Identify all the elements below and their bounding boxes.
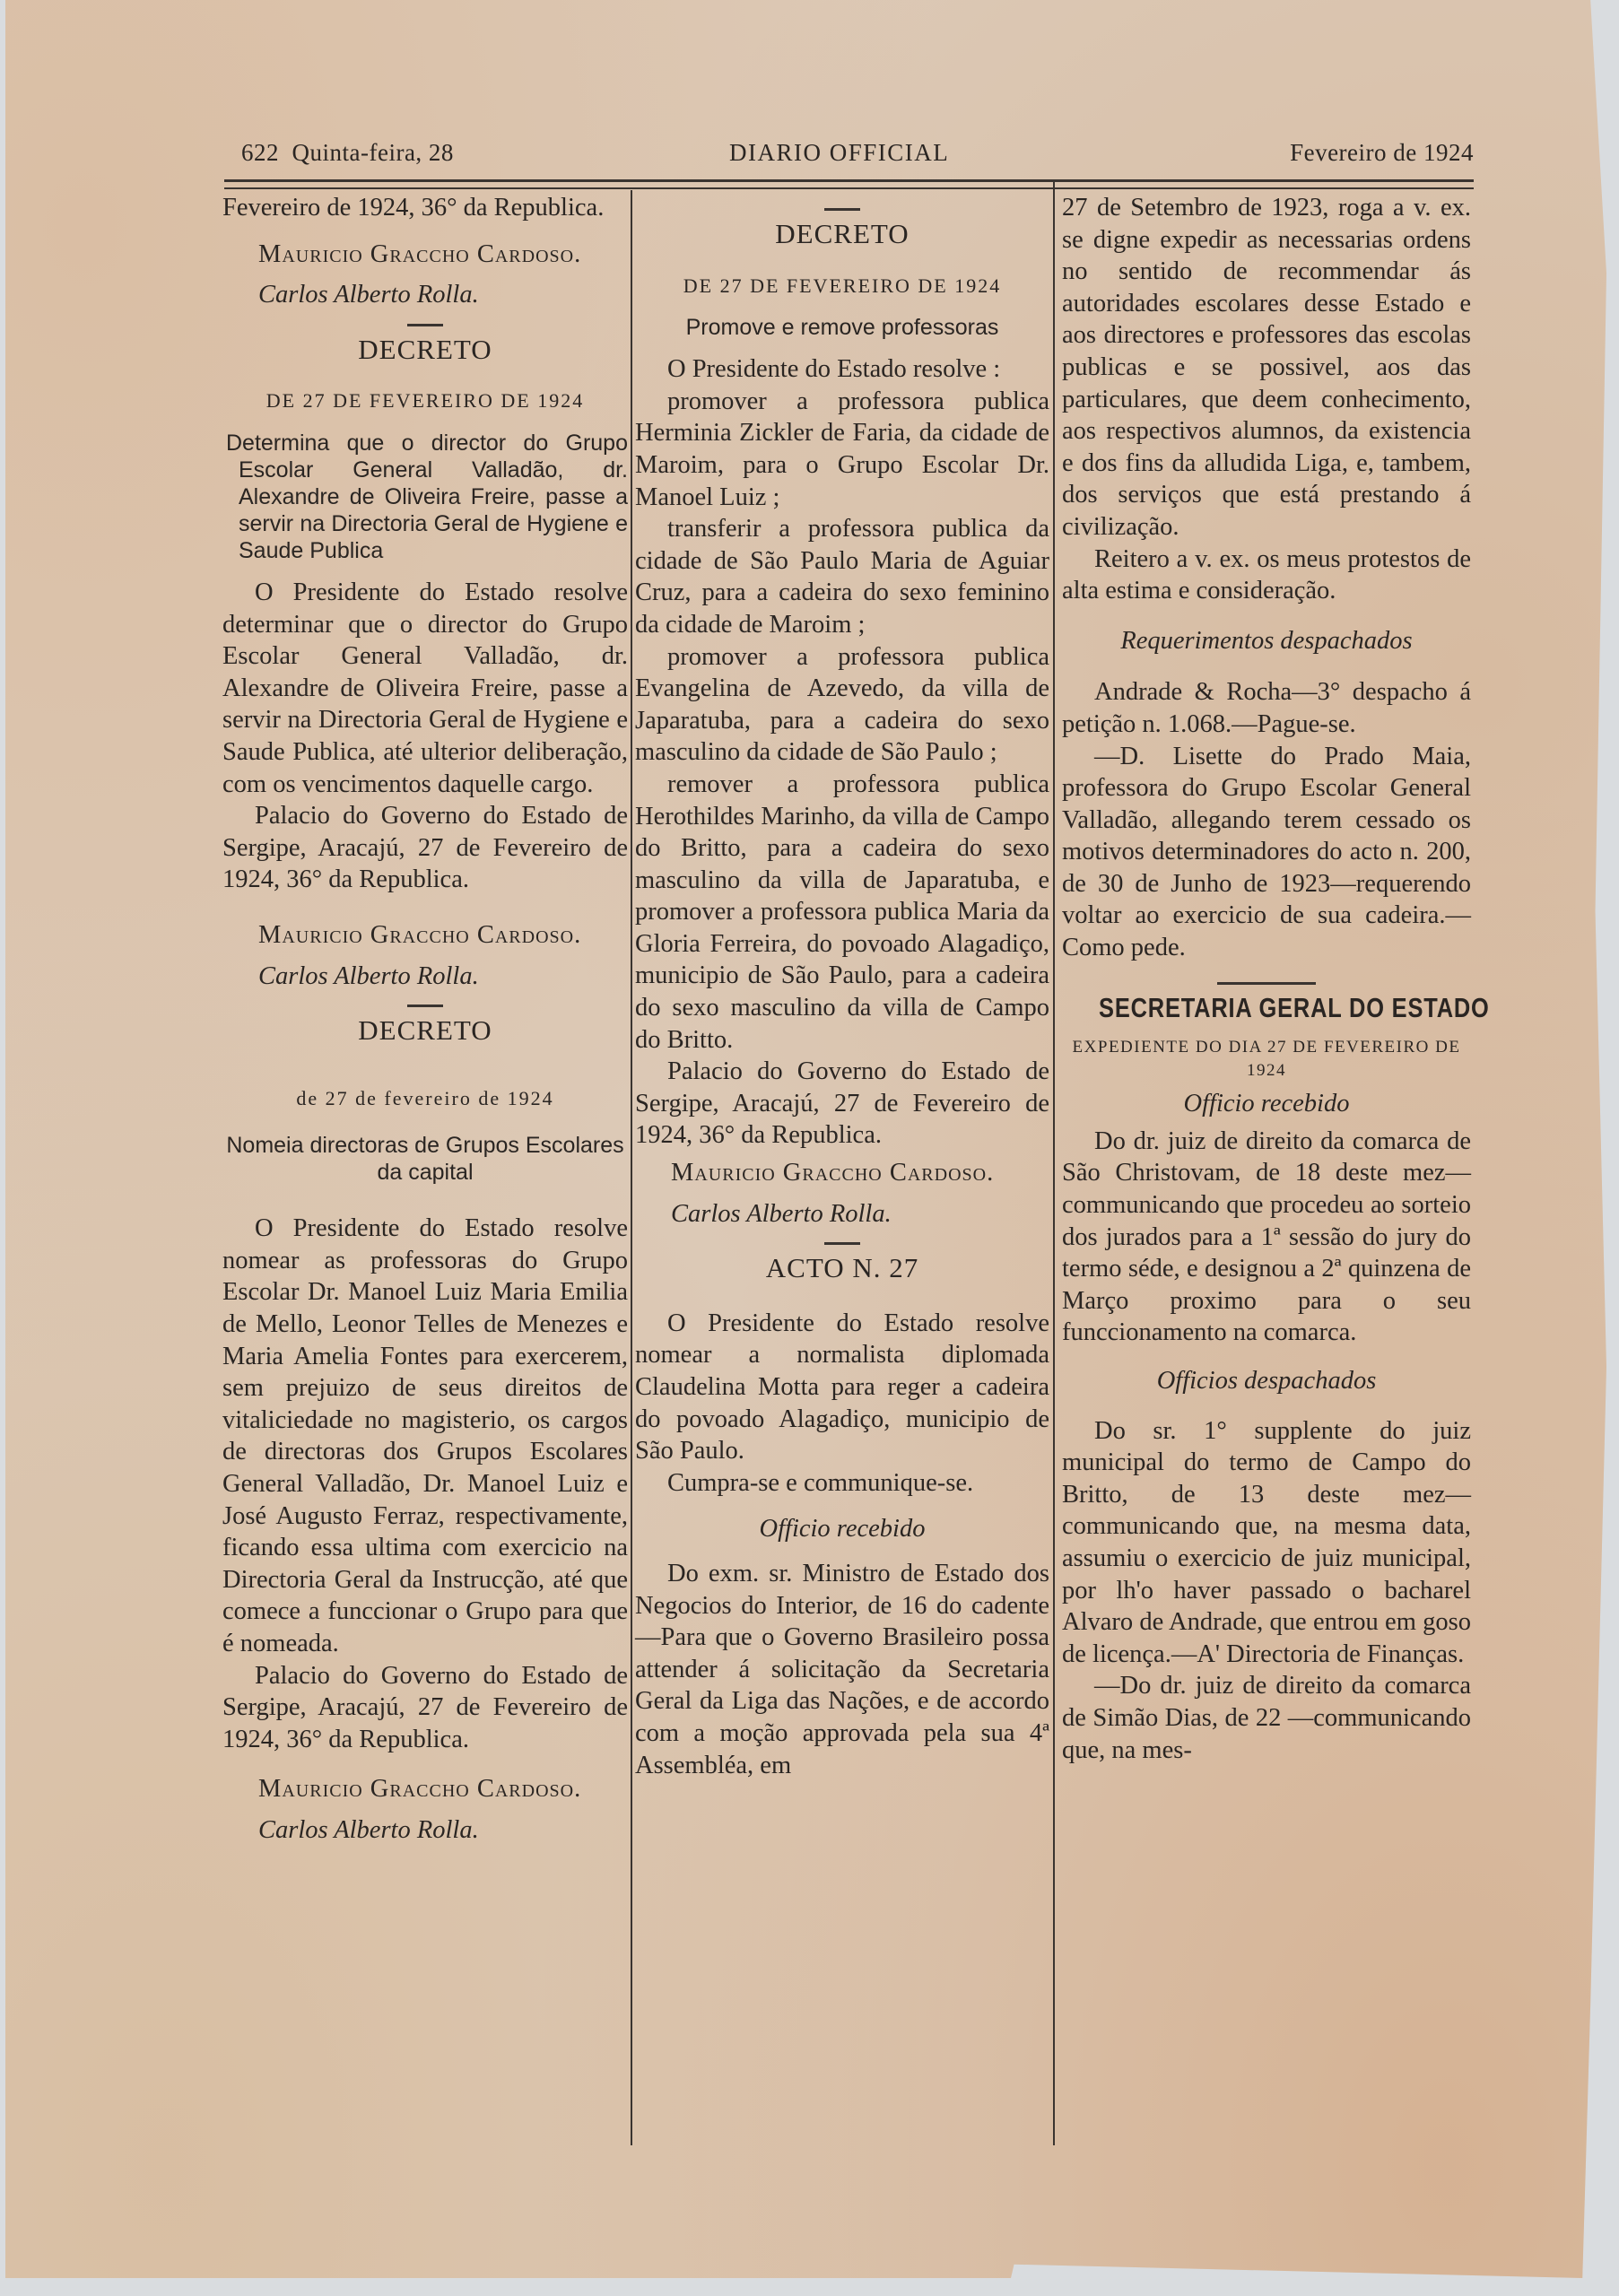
requerimento-item: —D. Lisette do Prado Maia, professora do…	[1062, 741, 1471, 964]
officio-body: Do exm. sr. Ministro de Estado dos Negoc…	[635, 1558, 1049, 1781]
section-separator	[824, 208, 860, 211]
decree-summary: Nomeia directoras de Grupos Escolares da…	[222, 1132, 628, 1186]
officio-heading: Officio recebido	[635, 1513, 1049, 1545]
decree-item: transferir a professora publica da cidad…	[635, 513, 1049, 640]
column-divider-1	[631, 190, 632, 2145]
decree-body: O Presidente do Estado resolve nomear as…	[222, 1213, 628, 1659]
requerimento-item: Andrade & Rocha—3° despacho á petição n.…	[1062, 676, 1471, 740]
page-number: 622	[241, 139, 279, 166]
acto-closing: Cumpra-se e communique-se.	[635, 1467, 1049, 1500]
signature-governor: Mauricio Graccho Cardoso.	[222, 239, 628, 271]
expediente-date: EXPEDIENTE DO DIA 27 DE FEVEREIRO DE 192…	[1062, 1036, 1471, 1083]
decree-title: DECRETO	[222, 334, 628, 366]
officio-despachado-item: —Do dr. juiz de direito da comarca de Si…	[1062, 1670, 1471, 1766]
signature-secretary: Carlos Alberto Rolla.	[222, 279, 628, 311]
page-header: 622 Quinta-feira, 28 DIARIO OFFICIAL Fev…	[227, 139, 1474, 175]
decree-item: promover a professora publica Herminia Z…	[635, 386, 1049, 513]
decree-date: de 27 de fevereiro de 1924	[635, 270, 1049, 302]
section-separator	[407, 1004, 443, 1007]
weekday-date: Quinta-feira, 28	[292, 139, 454, 166]
column-divider-2	[1053, 179, 1055, 2145]
signature-governor: Mauricio Graccho Cardoso.	[222, 1773, 628, 1805]
header-rule	[224, 179, 1474, 189]
requerimentos-heading: Requerimentos despachados	[1062, 625, 1471, 657]
column-3: 27 de Setembro de 1923, roga a v. ex. se…	[1062, 192, 1471, 1766]
signature-secretary: Carlos Alberto Rolla.	[635, 1198, 1049, 1231]
officio-closing: Reitero a v. ex. os meus protestos de al…	[1062, 544, 1471, 607]
newspaper-title: DIARIO OFFICIAL	[729, 139, 949, 167]
decree-summary: Promove e remove professoras	[635, 314, 1049, 341]
officios-despachados-heading: Officios despachados	[1062, 1365, 1471, 1397]
decree-body: O Presidente do Estado resolve determina…	[222, 577, 628, 800]
decree-item: promover a professora publica Evangelina…	[635, 641, 1049, 769]
signature-secretary: Carlos Alberto Rolla.	[222, 961, 628, 993]
decree-place-date: Palacio do Governo do Estado de Sergipe,…	[222, 800, 628, 896]
signature-governor: Mauricio Graccho Cardoso.	[222, 919, 628, 952]
column-2: DECRETO de 27 de fevereiro de 1924 Promo…	[635, 192, 1049, 1781]
decree-intro: O Presidente do Estado resolve :	[635, 353, 1049, 386]
header-month-year: Fevereiro de 1924	[1290, 139, 1474, 167]
column-1: Fevereiro de 1924, 36° da Republica. Mau…	[222, 192, 628, 1847]
acto-title: ACTO N. 27	[635, 1252, 1049, 1284]
decree-place-date: Palacio do Governo do Estado de Sergipe,…	[635, 1056, 1049, 1152]
decree-item: remover a professora publica Herothildes…	[635, 769, 1049, 1056]
section-separator	[1217, 982, 1316, 985]
decree-title: DECRETO	[222, 1014, 628, 1047]
secretaria-title: SECRETARIA GERAL DO ESTADO	[1099, 992, 1434, 1024]
officio-despachado-item: Do sr. 1° supplente do juiz municipal do…	[1062, 1415, 1471, 1671]
acto-body: O Presidente do Estado resolve nomear a …	[635, 1308, 1049, 1467]
decree-title: DECRETO	[635, 218, 1049, 250]
officio-recebido-body: Do dr. juiz de direito da comarca de São…	[1062, 1126, 1471, 1349]
officio-continuation: 27 de Setembro de 1923, roga a v. ex. se…	[1062, 192, 1471, 544]
page-number-and-date: 622 Quinta-feira, 28	[241, 139, 454, 167]
section-separator	[407, 324, 443, 326]
officio-recebido-heading: Officio recebido	[1062, 1088, 1471, 1120]
signature-governor: Mauricio Graccho Cardoso.	[635, 1157, 1049, 1189]
decree-date: de 27 de fevereiro de 1924	[222, 385, 628, 417]
continuation-text: Fevereiro de 1924, 36° da Republica.	[222, 192, 628, 224]
section-separator	[824, 1242, 860, 1245]
decree-place-date: Palacio do Governo do Estado de Sergipe,…	[222, 1660, 628, 1756]
decree-summary: Determina que o director do Grupo Escola…	[222, 430, 628, 564]
signature-secretary: Carlos Alberto Rolla.	[222, 1814, 628, 1847]
decree-date: de 27 de fevereiro de 1924	[222, 1083, 628, 1115]
